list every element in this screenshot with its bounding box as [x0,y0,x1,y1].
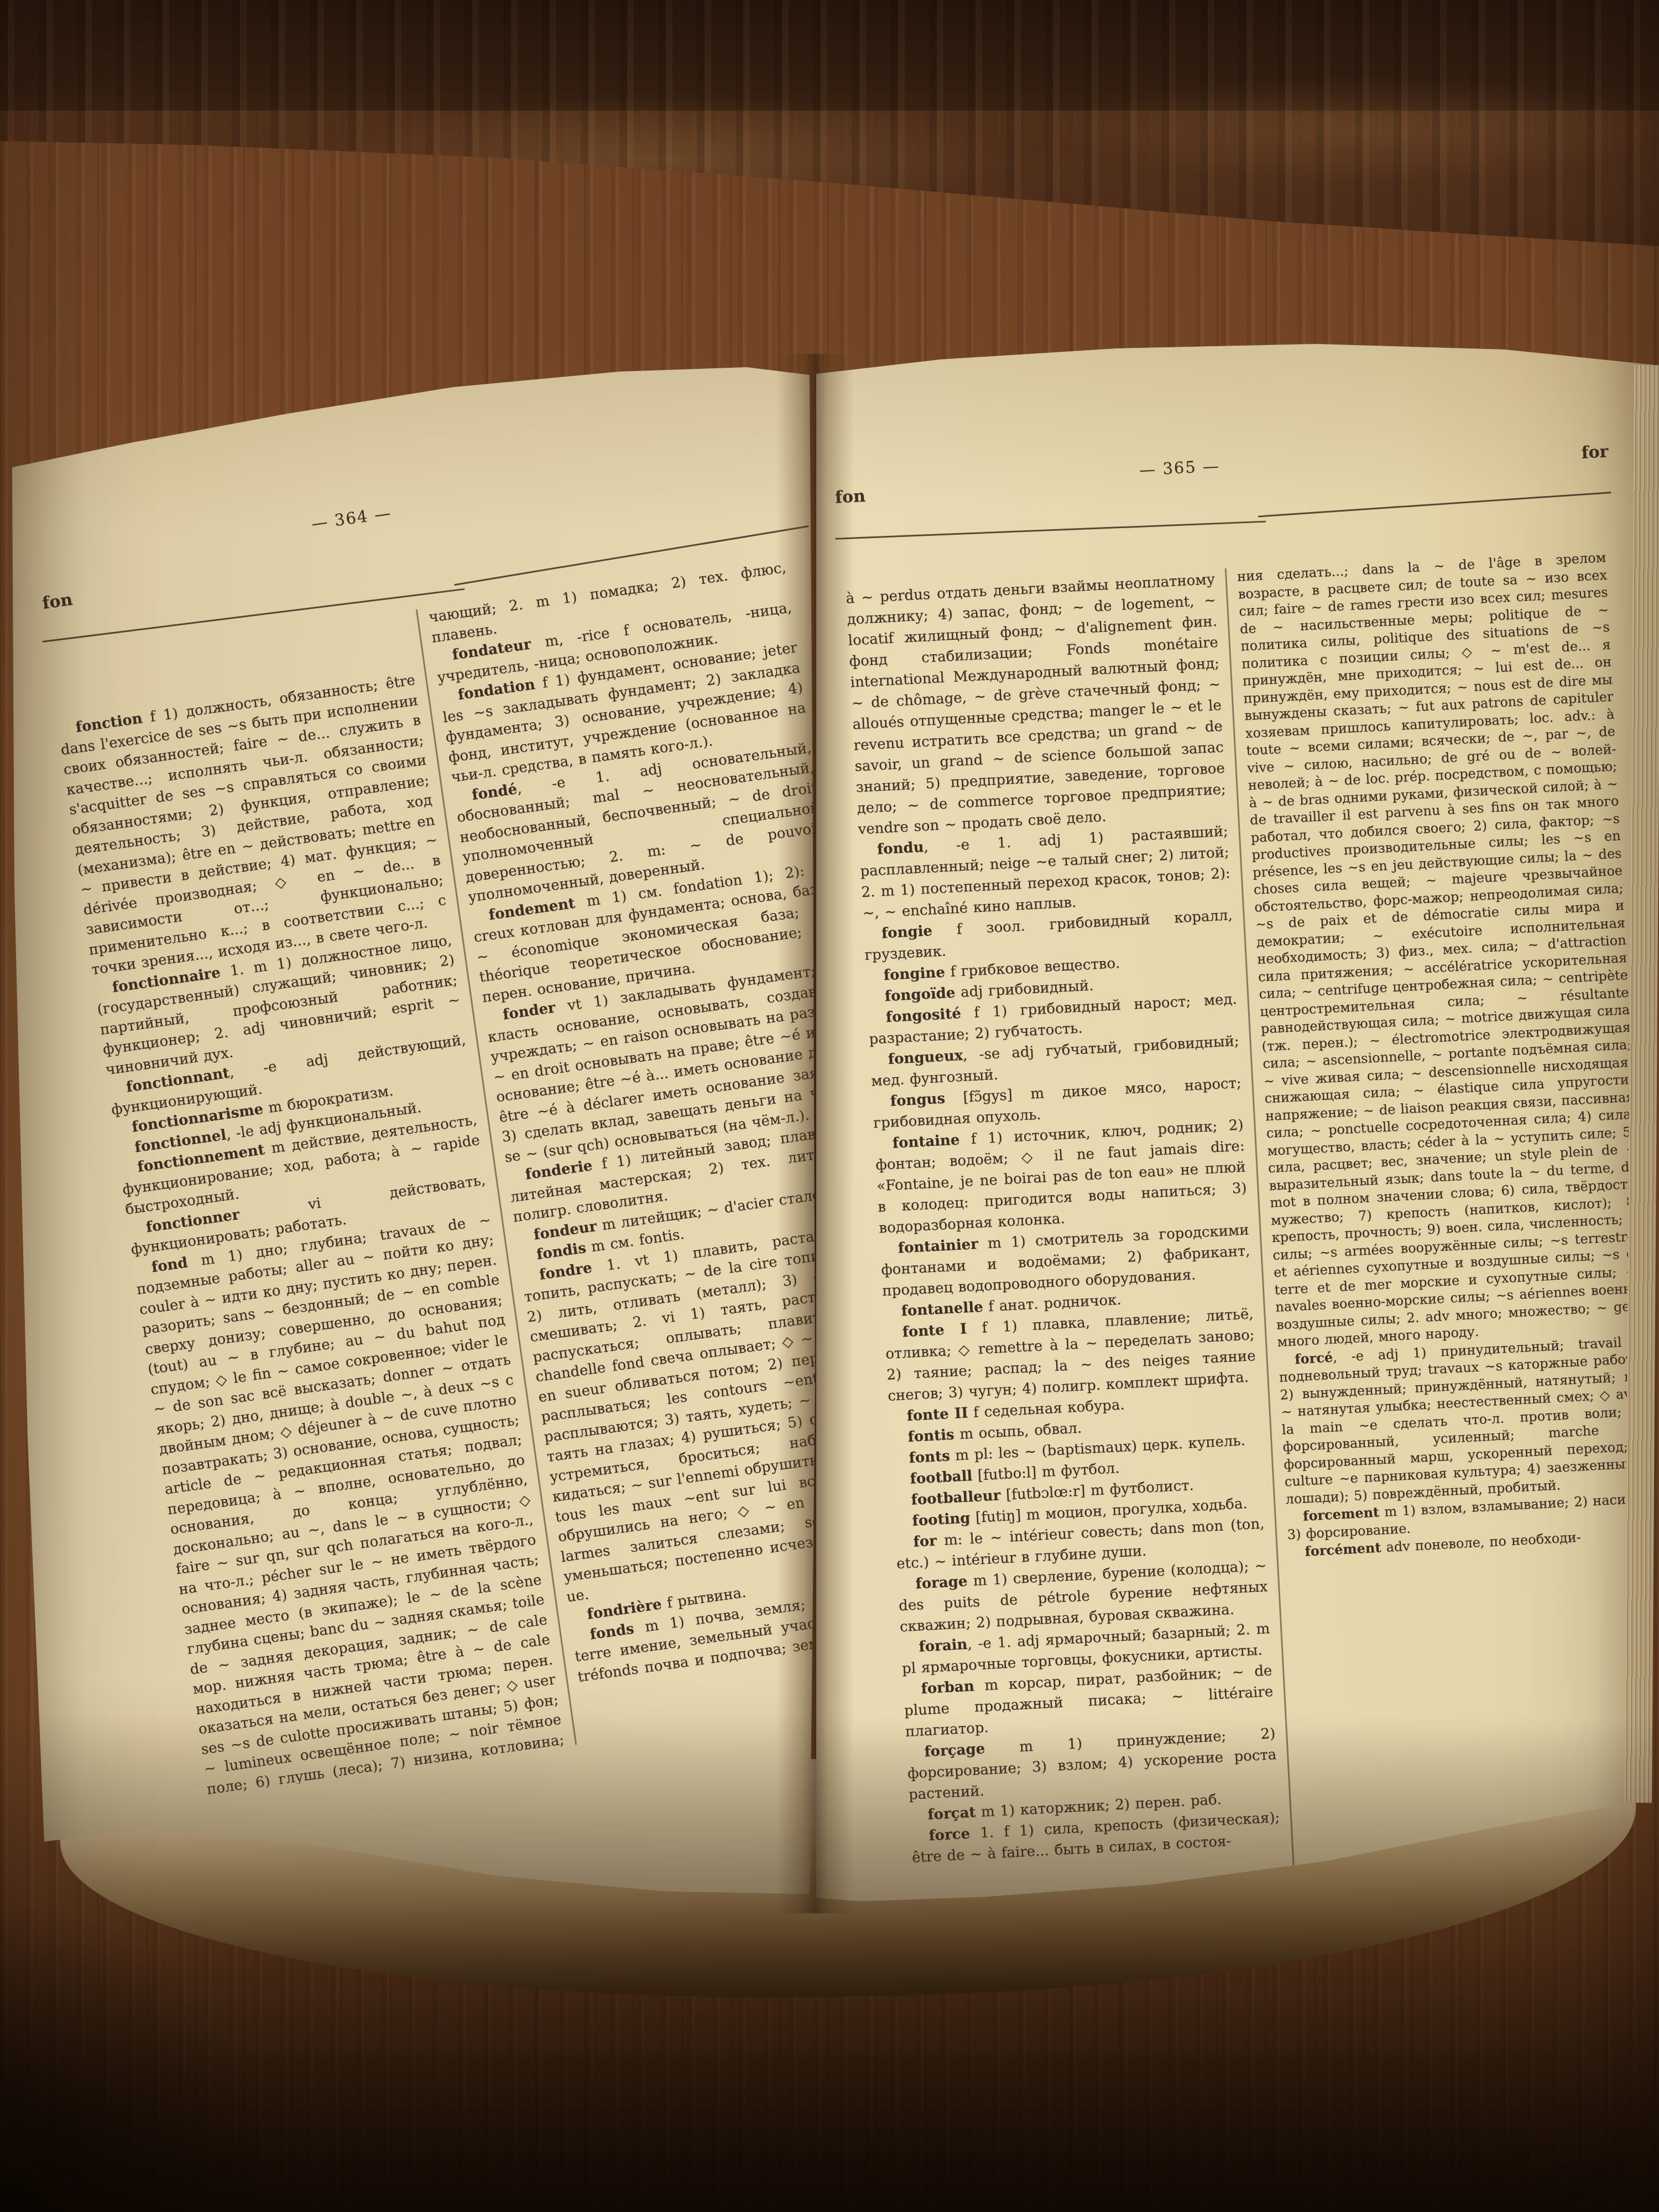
entry-body: , -e adj 1) принудительный; travail ~ по… [1279,1333,1653,1507]
corner-shadow [0,1659,498,2212]
page-number-364: — 364 — [310,503,393,534]
right-page-column-2: ния сделать...; dans la ~ de l'âge в зре… [1237,549,1659,1871]
headword: fontis [907,1427,954,1446]
header-rule [835,521,1266,540]
headword: forban [921,1678,975,1697]
right-page-column-1: à ~ perdus отдать деньги взаймы неоплатн… [846,569,1283,1892]
dictionary-entry: forcé, -e adj 1) принудительный; travail… [1277,1332,1655,1508]
headword: fongie [881,922,932,942]
headword: fonte II [906,1405,968,1425]
headword: fongine [883,964,945,984]
headword: fondu [877,839,924,858]
dictionary-entry: fontaine f 1) источник, ключ, родник; 2)… [874,1114,1248,1239]
entry-body: f 1) плавка, плавление; литьё, отливка; … [885,1306,1256,1405]
headword: fontanelle [901,1299,983,1320]
entry-body: à ~ perdus отдать деньги взаймы неоплатн… [846,571,1227,838]
headword: fongoïde [884,984,956,1005]
page-number-365: — 365 — [1139,455,1220,481]
right-page-columns: à ~ perdus отдать деньги взаймы неоплатн… [846,547,1659,1891]
headword: fontaine [892,1131,960,1151]
entry-body: ния сделать...; dans la ~ de l'âge в зре… [1237,550,1645,1350]
headword: fondé [471,781,518,804]
headword: fongueux [888,1047,963,1068]
headword: fonds [589,1620,635,1643]
headword: football [910,1468,973,1488]
headword: forcément [1305,1539,1381,1559]
headword: forain [919,1636,968,1656]
headword: forage [915,1573,968,1593]
headword: footing [912,1510,971,1529]
headword: fonts [909,1448,951,1467]
header-rule [1258,492,1611,518]
entry-body: , -e 1. adj 1) растаявший; расплавленный… [860,823,1231,922]
guide-word-right-page-right: for [1581,441,1609,463]
guide-word-left-page: fon [41,590,74,614]
dictionary-entry: ния сделать...; dans la ~ de l'âge в зре… [1237,549,1646,1352]
book-spine-crease [776,354,854,1913]
right-page-content: fon — 365 — for à ~ perdus отдать деньги… [830,434,1659,1922]
headword: fond [150,1254,189,1276]
headword: fonte I [902,1321,967,1340]
headword: fongosité [885,1005,961,1026]
headword: forcement [1302,1504,1379,1524]
dictionary-entry: fonction f 1) должность, обязанность; êt… [56,670,450,980]
dictionary-entry: à ~ perdus отдать деньги взаймы неоплатн… [846,569,1228,840]
headword: fongus [890,1091,946,1110]
headword: fontainier [898,1236,979,1257]
headword: forcé [1294,1349,1333,1367]
photo-open-dictionary: fon — 364 — fonction f 1) должность, обя… [0,0,1659,2212]
headword: footballeur [911,1487,1001,1508]
headword: for [913,1533,937,1551]
